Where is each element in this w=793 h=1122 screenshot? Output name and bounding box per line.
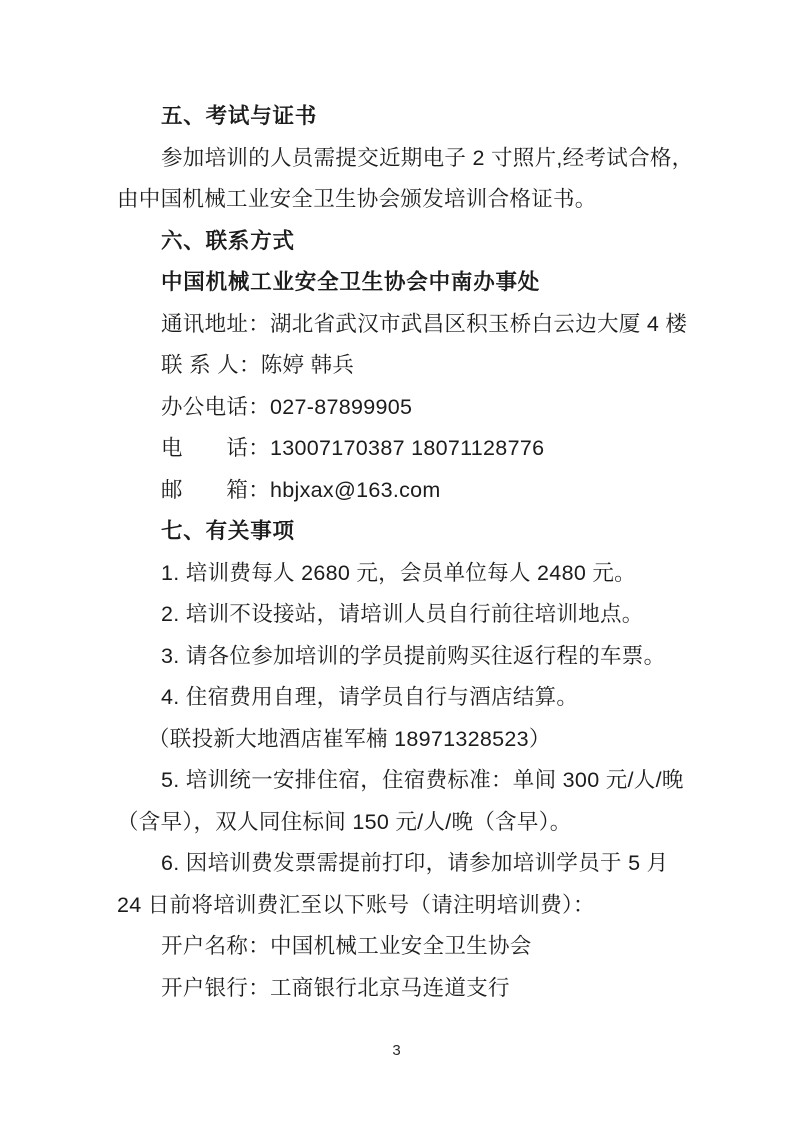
- item-4-lodging-self-pay: 4. 住宿费用自理，请学员自行与酒店结算。: [117, 677, 683, 719]
- item-2-no-pickup: 2. 培训不设接站，请培训人员自行前往培训地点。: [117, 594, 683, 636]
- contact-person-line: 联 系 人：陈婷 韩兵: [117, 345, 683, 387]
- page-number: 3: [0, 1036, 793, 1066]
- heading-contact-info: 六、联系方式: [117, 221, 683, 263]
- heading-related-matters: 七、有关事项: [117, 511, 683, 553]
- account-name-line: 开户名称：中国机械工业安全卫生协会: [117, 926, 683, 968]
- mobile-phone-line: 电 话：13007170387 18071128776: [117, 428, 683, 470]
- item-1-training-fee: 1. 培训费每人 2680 元，会员单位每人 2480 元。: [117, 553, 683, 595]
- document-page: 五、考试与证书 参加培训的人员需提交近期电子 2 寸照片,经考试合格， 由中国机…: [0, 0, 793, 1122]
- account-bank-line: 开户银行：工商银行北京马连道支行: [117, 968, 683, 1010]
- heading-exam-certificate: 五、考试与证书: [117, 96, 683, 138]
- item-5-lodging-line-1: 5. 培训统一安排住宿，住宿费标准：单间 300 元/人/晚: [117, 760, 683, 802]
- item-3-buy-tickets: 3. 请各位参加培训的学员提前购买往返行程的车票。: [117, 636, 683, 678]
- org-office-name: 中国机械工业安全卫生协会中南办事处: [117, 262, 683, 304]
- office-phone-line: 办公电话：027-87899905: [117, 387, 683, 429]
- item-6-invoice-line-2: 24 日前将培训费汇至以下账号（请注明培训费）：: [117, 885, 683, 927]
- para-exam-line-1: 参加培训的人员需提交近期电子 2 寸照片,经考试合格，: [117, 138, 683, 180]
- item-5-lodging-line-2: （含早），双人同住标间 150 元/人/晚（含早）。: [117, 802, 683, 844]
- document-body: 五、考试与证书 参加培训的人员需提交近期电子 2 寸照片,经考试合格， 由中国机…: [117, 96, 683, 1009]
- para-exam-line-2: 由中国机械工业安全卫生协会颁发培训合格证书。: [117, 179, 683, 221]
- item-4-hotel-contact: （联投新大地酒店崔军楠 18971328523）: [117, 719, 683, 761]
- email-line: 邮 箱：hbjxax@163.com: [117, 470, 683, 512]
- mailing-address-line: 通讯地址：湖北省武汉市武昌区积玉桥白云边大厦 4 楼: [117, 304, 683, 346]
- item-6-invoice-line-1: 6. 因培训费发票需提前打印，请参加培训学员于 5 月: [117, 843, 683, 885]
